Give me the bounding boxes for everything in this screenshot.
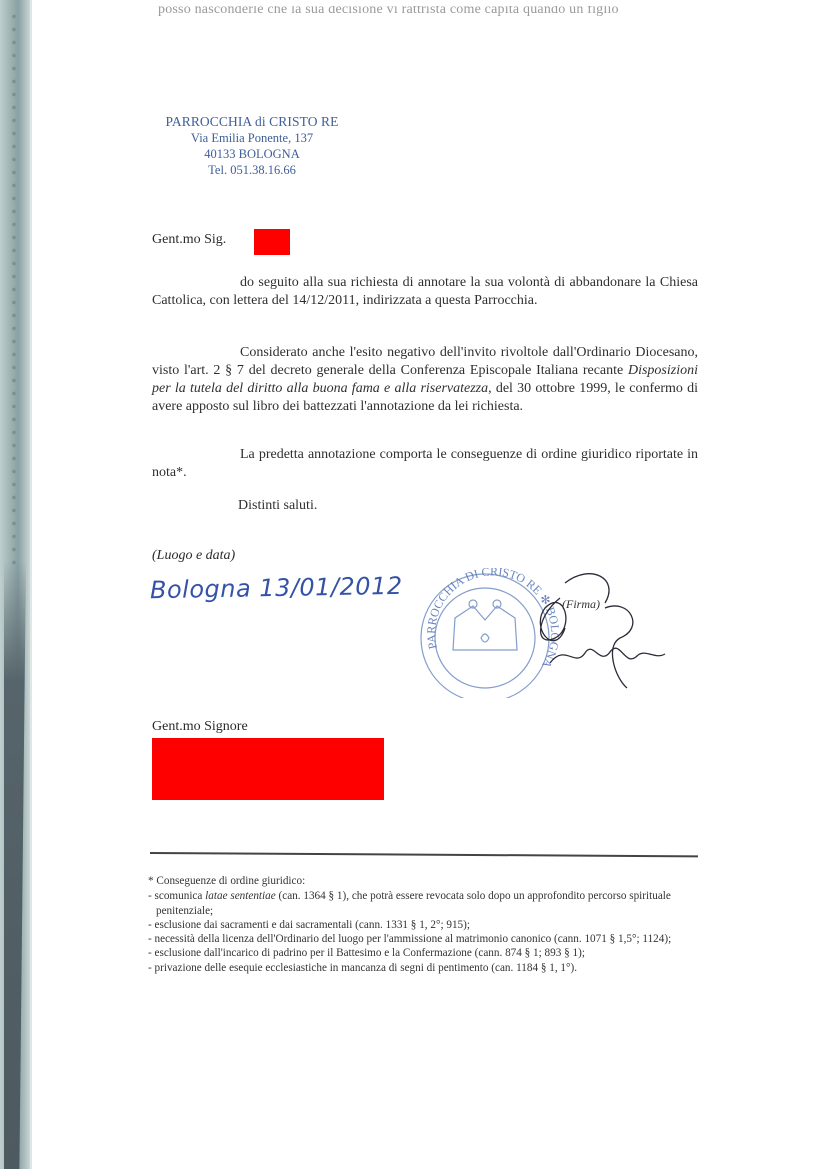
letterhead: PARROCCHIA di CRISTO RE Via Emilia Ponen… [152, 114, 352, 178]
parish-name: PARROCCHIA di CRISTO RE [152, 114, 352, 130]
footnote-item: - esclusione dall'incarico di padrino pe… [148, 946, 700, 960]
parish-stamp-signature: PARROCCHIA DI CRISTO RE ✻ BOLOGNA ✻ [415, 568, 675, 698]
footnote-item: - scomunica latae sententiae (can. 1364 … [148, 889, 700, 918]
handwritten-place-date: Bologna 13/01/2012 [150, 572, 403, 604]
salutation: Gent.mo Sig. [152, 232, 226, 248]
footnote-title: * Conseguenze di ordine giuridico: [148, 874, 700, 888]
redacted-address [152, 738, 384, 800]
footnote-latin-term: latae sententiae [205, 890, 276, 902]
paragraph-consequences: La predetta annotazione comporta le cons… [152, 446, 698, 482]
footnote-text: - scomunica [148, 890, 205, 902]
closing-greeting: Distinti saluti. [238, 497, 317, 515]
binder-holes [10, 10, 18, 570]
place-date-label: (Luogo e data) [152, 548, 235, 564]
footnotes: * Conseguenze di ordine giuridico: - sco… [148, 874, 700, 975]
redacted-name [254, 229, 290, 255]
paragraph-request: do seguito alla sua richiesta di annotar… [152, 274, 698, 310]
footnote-separator [150, 852, 698, 857]
parish-address: Via Emilia Ponente, 137 [152, 130, 352, 146]
footnote-item: - necessità della licenza dell'Ordinario… [148, 932, 700, 946]
paragraph-confirmation-text-a: Considerato anche l'esito negativo dell'… [152, 345, 698, 378]
signature-label: (Firma) [562, 597, 600, 612]
footnote-item: - privazione delle esequie ecclesiastich… [148, 961, 700, 975]
parish-city: 40133 BOLOGNA [152, 146, 352, 162]
parish-phone: Tel. 051.38.16.66 [152, 162, 352, 178]
page-edge [30, 0, 32, 1169]
paragraph-confirmation: Considerato anche l'esito negativo dell'… [152, 344, 698, 416]
addressee-label: Gent.mo Signore [152, 719, 248, 735]
footnote-item: - esclusione dai sacramenti e dai sacram… [148, 918, 700, 932]
bleed-through-text: posso nasconderle che la sua decisione v… [158, 2, 718, 18]
